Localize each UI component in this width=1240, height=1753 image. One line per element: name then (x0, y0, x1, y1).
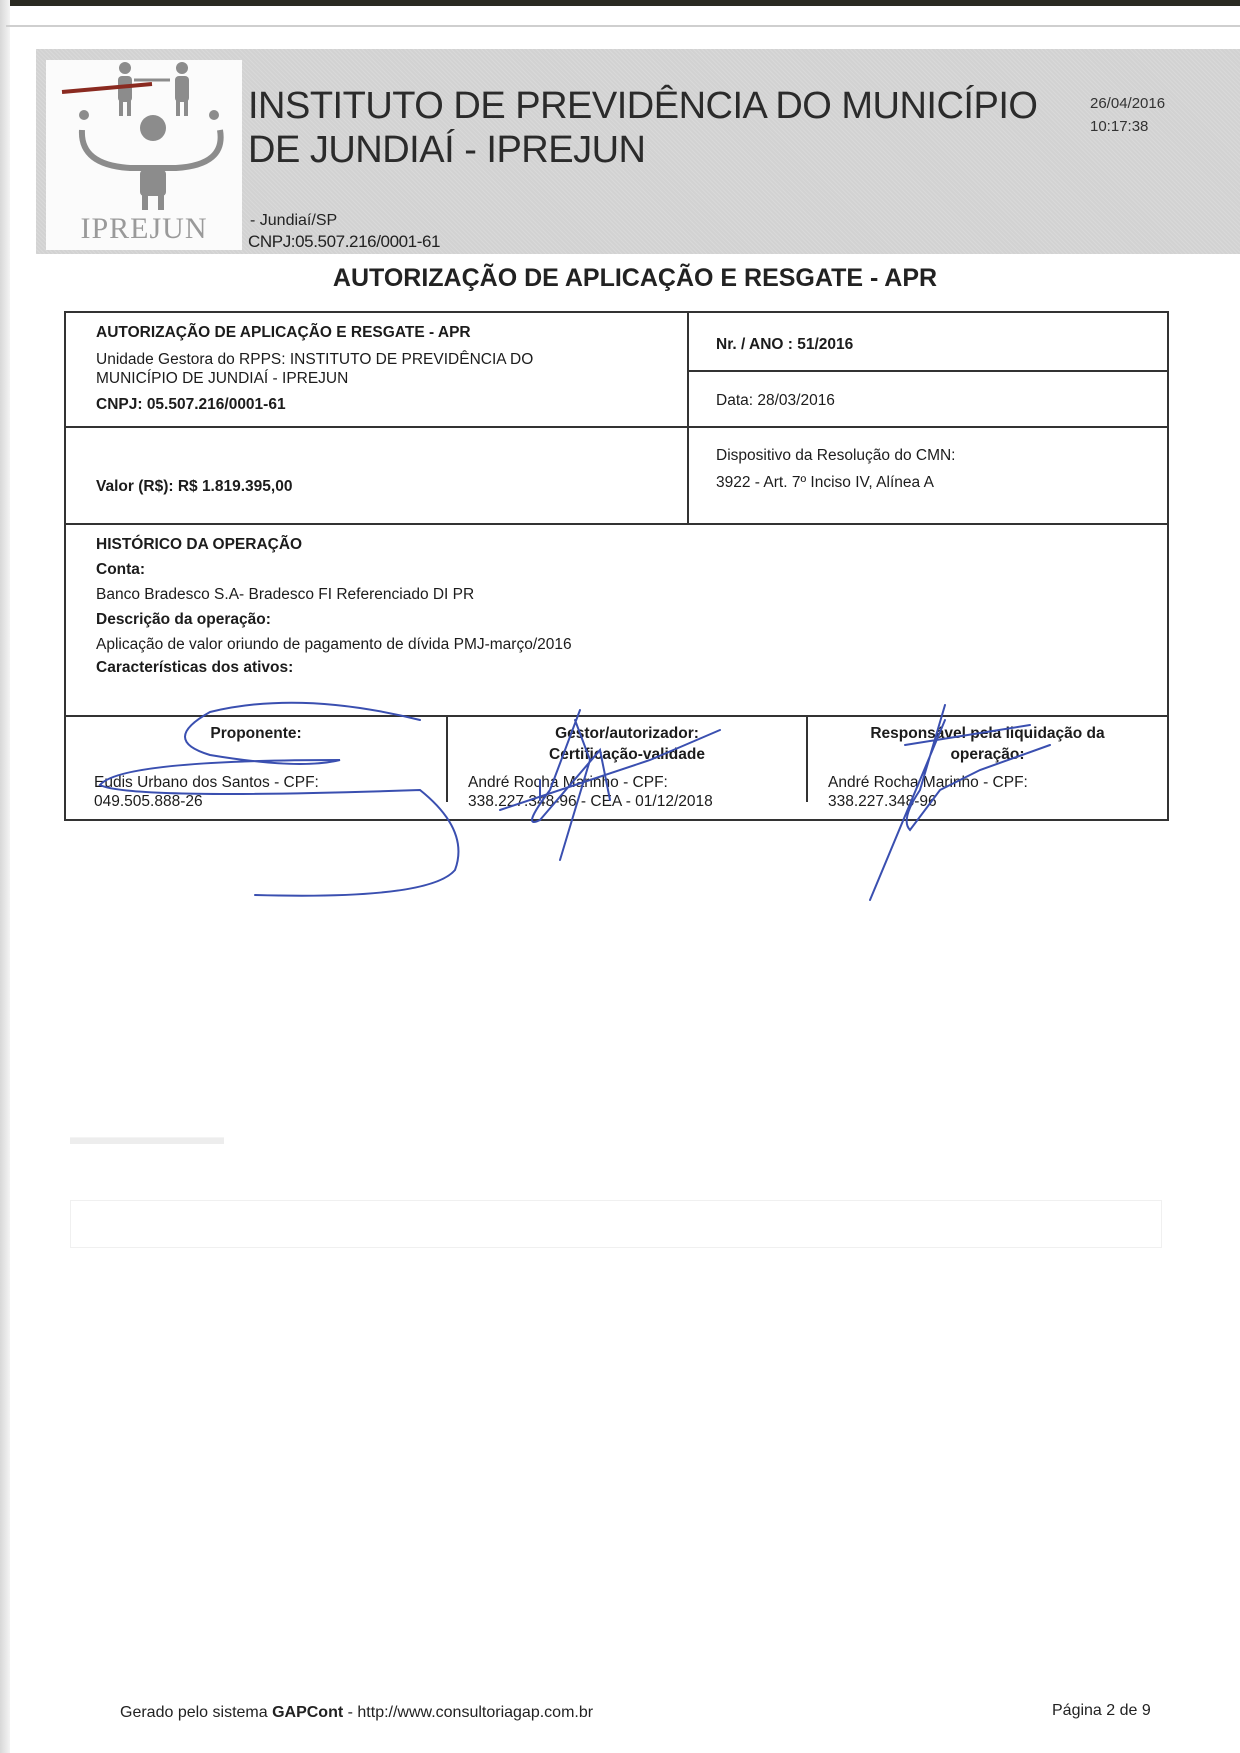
scan-artifact-line (6, 25, 1240, 27)
institution-name-line1: INSTITUTO DE PREVIDÊNCIA DO MUNICÍPIO (248, 84, 1078, 128)
caracteristicas-label: Características dos ativos: (96, 658, 293, 678)
divider (66, 523, 1167, 525)
section-title: AUTORIZAÇÃO DE APLICAÇÃO E RESGATE - APR (96, 323, 471, 343)
print-time: 10:17:38 (1090, 115, 1165, 138)
institution-name: INSTITUTO DE PREVIDÊNCIA DO MUNICÍPIO DE… (248, 84, 1078, 172)
people-circle-icon (60, 60, 230, 210)
signature-role-gestor: Gestor/autorizador: Certificação-validad… (448, 723, 806, 765)
scan-edge-left (0, 0, 10, 1753)
cnpj-value: CNPJ: 05.507.216/0001-61 (96, 395, 286, 415)
data-value: Data: 28/03/2016 (716, 391, 835, 411)
footer-generated-by: Gerado pelo sistema GAPCont - http://www… (120, 1704, 593, 1722)
handwritten-signatures (0, 0, 1240, 1753)
signature-role-proponente: Proponente: (66, 723, 446, 744)
divider (66, 715, 1167, 717)
role-line2: operação: (808, 744, 1167, 765)
unidade-gestora-line2: MUNICÍPIO DE JUNDIAÍ - IPREJUN (96, 369, 348, 389)
apr-form: AUTORIZAÇÃO DE APLICAÇÃO E RESGATE - APR… (64, 311, 1169, 821)
role-line1: Gestor/autorizador: (448, 723, 806, 744)
role-line1: Responsável pela liquidação da (808, 723, 1167, 744)
unidade-gestora-line1: Unidade Gestora do RPPS: INSTITUTO DE PR… (96, 350, 533, 370)
historico-title: HISTÓRICO DA OPERAÇÃO (96, 535, 302, 555)
footer-prefix: Gerado pelo sistema (120, 1704, 272, 1721)
divider (687, 370, 1167, 372)
page-number: Página 2 de 9 (1052, 1702, 1151, 1720)
name-line1: André Rocha Marinho - CPF: (828, 773, 1028, 792)
signature-name-proponente: Eudis Urbano dos Santos - CPF: 049.505.8… (94, 773, 319, 811)
signature-name-liquidacao: André Rocha Marinho - CPF: 338.227.348-9… (828, 773, 1028, 811)
institution-cnpj: CNPJ:05.507.216/0001-61 (248, 232, 440, 252)
conta-label: Conta: (96, 560, 145, 580)
signature-role-liquidacao: Responsável pela liquidação da operação: (808, 723, 1167, 765)
print-timestamp: 26/04/2016 10:17:38 (1090, 92, 1165, 138)
name-line1: Eudis Urbano dos Santos - CPF: (94, 773, 319, 792)
name-line2: 049.505.888-26 (94, 792, 319, 811)
footer-system-name: GAPCont (272, 1704, 343, 1721)
institution-name-line2: DE JUNDIAÍ - IPREJUN (248, 128, 1078, 172)
bleed-through-box (70, 1200, 1162, 1248)
descricao-value: Aplicação de valor oriundo de pagamento … (96, 635, 572, 655)
logo-text: IPREJUN (46, 212, 242, 246)
role-line2: Certificação-validade (448, 744, 806, 765)
print-date: 26/04/2016 (1090, 92, 1165, 115)
valor-value: Valor (R$): R$ 1.819.395,00 (96, 477, 292, 497)
divider (66, 426, 1167, 428)
conta-value: Banco Bradesco S.A- Bradesco FI Referenc… (96, 585, 474, 605)
numero-ano: Nr. / ANO : 51/2016 (716, 335, 853, 355)
dispositivo-value: 3922 - Art. 7º Inciso IV, Alínea A (716, 473, 934, 493)
name-line2: 338.227.348-96 (828, 792, 1028, 811)
divider (687, 313, 689, 525)
document-title: AUTORIZAÇÃO DE APLICAÇÃO E RESGATE - APR (0, 264, 1240, 293)
name-line2: 338.227.348-96 - CEA - 01/12/2018 (468, 792, 713, 811)
role-line1: Proponente: (66, 723, 446, 744)
signature-name-gestor: André Rocha Marinho - CPF: 338.227.348-9… (468, 773, 713, 811)
name-line1: André Rocha Marinho - CPF: (468, 773, 713, 792)
scan-edge-top (0, 0, 1240, 6)
descricao-label: Descrição da operação: (96, 610, 271, 630)
dispositivo-label: Dispositivo da Resolução do CMN: (716, 446, 956, 466)
institution-city: - Jundiaí/SP (250, 212, 337, 230)
bleed-through-text: ▬▬▬▬▬▬▬ (70, 1124, 224, 1150)
logo: IPREJUN (46, 60, 242, 250)
footer-url[interactable]: - http://www.consultoriagap.com.br (343, 1704, 593, 1721)
